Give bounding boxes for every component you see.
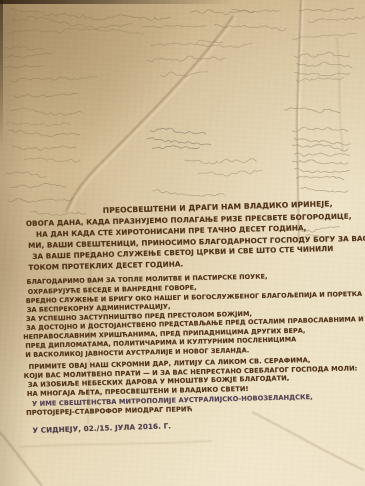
letter-line: У СИДНЕЈУ, 02./15. ЈУЛА 2016. Г. xyxy=(32,421,171,435)
letter-text-block: ПРЕОСВЕШТЕНИ И ДРАГИ НАМ ВЛАДИКО ИРИНЕЈЕ… xyxy=(0,0,365,486)
letter-line: ТОКОМ ПРОТЕКЛИХ ДЕСЕТ ГОДИНА. xyxy=(28,259,183,272)
letter-photo: ПРЕОСВЕШТЕНИ И ДРАГИ НАМ ВЛАДИКО ИРИНЕЈЕ… xyxy=(0,0,365,486)
